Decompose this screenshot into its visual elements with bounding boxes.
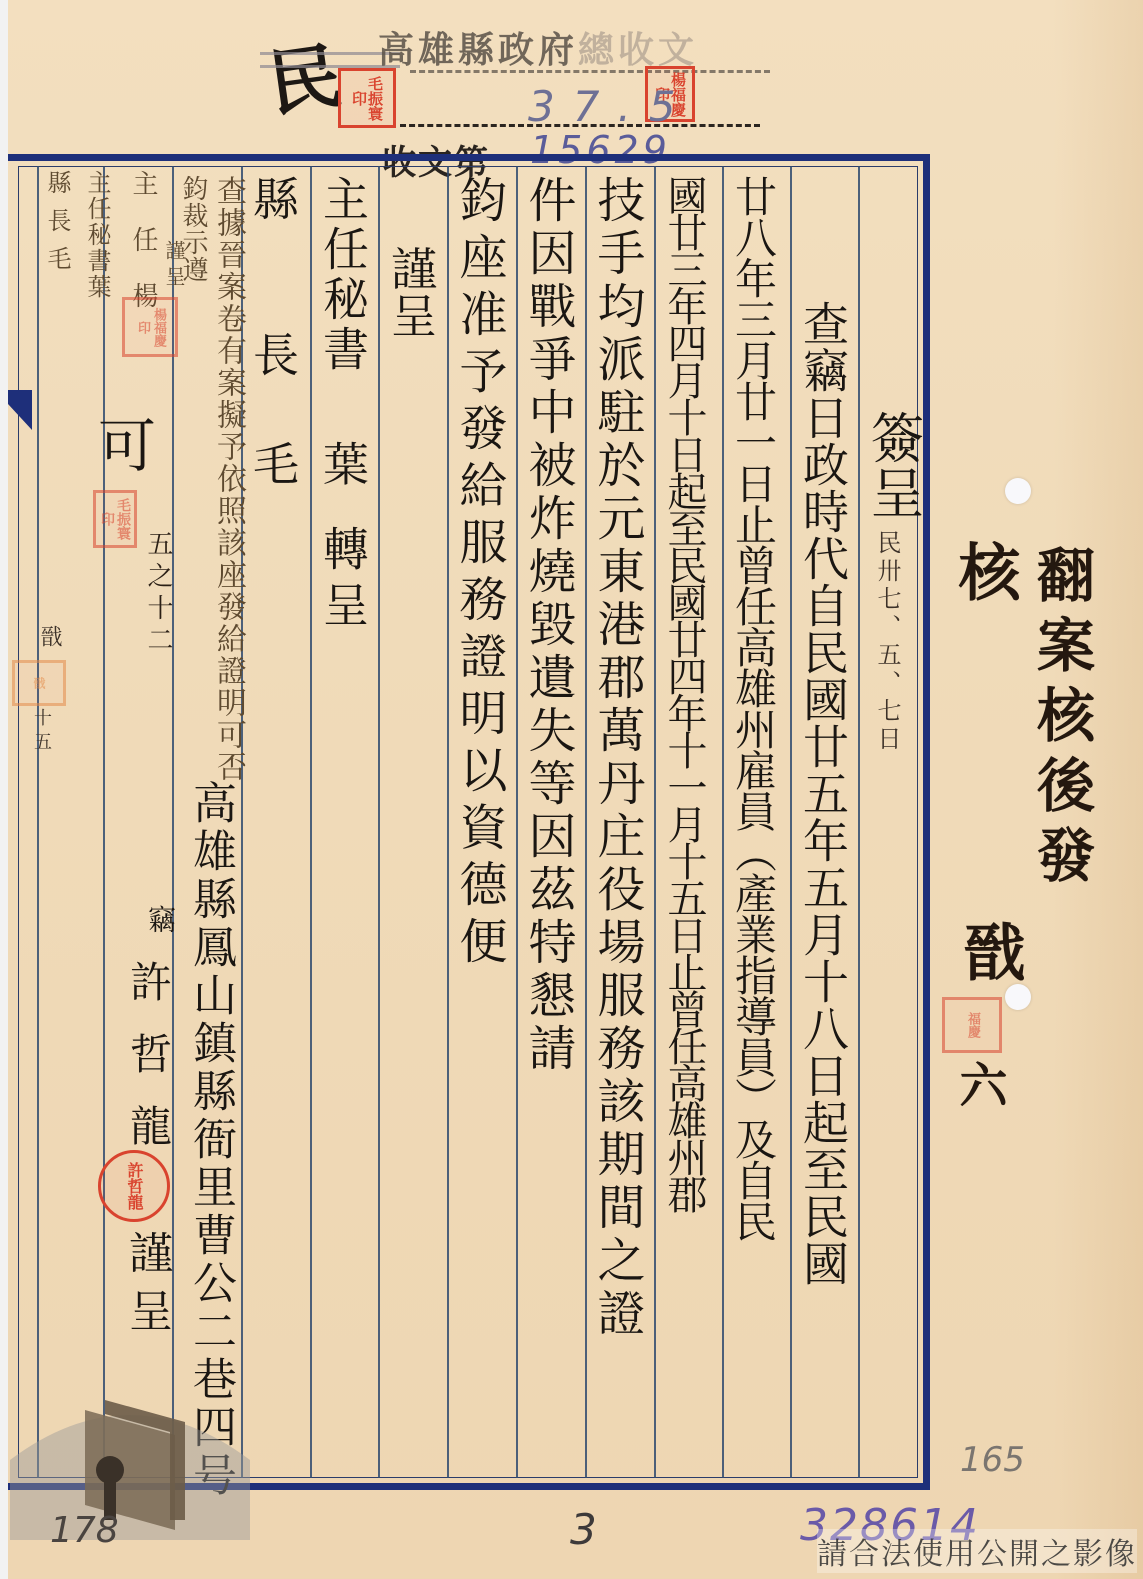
column-rule xyxy=(310,166,312,1478)
header-divider xyxy=(410,70,770,73)
doc-type-title: 簽呈 xyxy=(865,410,921,520)
column-rule xyxy=(858,166,860,1478)
column-rule xyxy=(447,166,449,1478)
annotation-number: 165 xyxy=(960,1440,1025,1480)
addressee-title: 主任秘書 xyxy=(315,175,371,375)
received-date: 37.5 xyxy=(528,82,694,131)
page-number-left: 178 xyxy=(50,1510,119,1551)
column-rule xyxy=(378,166,380,1478)
column-rule xyxy=(516,166,518,1478)
margin-annotation: 翻案核後發 xyxy=(1030,545,1092,895)
column-rule xyxy=(790,166,792,1478)
clerk-seal: 戩 xyxy=(12,660,66,706)
body-column: 國廿三年四月十日起至民國廿四年十一月十五日止曾任高雄州郡 xyxy=(659,175,709,1211)
margin-annotation: 核 xyxy=(940,540,1029,602)
sender-prefix: 竊 xyxy=(140,905,180,939)
routing-note: 縣長毛 xyxy=(40,170,75,284)
column-rule xyxy=(654,166,656,1478)
review-note: 查據晉案卷有案擬予依照該座發給證明可否 xyxy=(206,175,250,783)
reviewer-suffix: 謹呈 xyxy=(160,240,189,292)
punch-hole xyxy=(1005,984,1031,1010)
punch-hole xyxy=(1005,478,1031,504)
body-column: 查竊日政時代自民國廿五年五月十八日起至民國 xyxy=(795,300,851,1287)
printed-title-main: 高雄縣政府 xyxy=(378,30,578,71)
column-rule xyxy=(585,166,587,1478)
routing-note: 主任秘書葉 xyxy=(80,170,115,300)
body-column: 鈞座准予發給服務證明以資德便 xyxy=(452,175,506,973)
margin-seal: 福慶 xyxy=(942,997,1002,1053)
clerk-date: 十五 xyxy=(28,708,54,756)
addressee-name: 毛 xyxy=(245,440,301,487)
clerk-mark: 戩 xyxy=(34,625,65,653)
approval-seal: 毛振寰印 xyxy=(93,490,137,548)
handwritten-mark: 民 xyxy=(261,17,347,130)
sender-name: 許哲龍 xyxy=(120,960,176,1176)
approval-date: 五之十二 xyxy=(140,530,177,658)
page-number-center: 3 xyxy=(570,1505,597,1554)
approval-mark: 可 xyxy=(80,415,164,473)
margin-signature: 戩 xyxy=(945,920,1034,982)
archive-logo-icon xyxy=(10,1380,250,1540)
body-column: 件因戰爭中被炸燒毀遺失等因茲特懇請 xyxy=(521,175,575,1076)
column-rule xyxy=(103,166,105,1478)
body-column: 廿八年三月廿一日止曾任高雄州雇員（產業指導員）及自民 xyxy=(727,175,779,1241)
usage-watermark: 請合法使用公開之影像 xyxy=(817,1529,1137,1573)
column-rule xyxy=(722,166,724,1478)
addressee-action: 轉呈 xyxy=(315,525,371,637)
body-column: 技手均派駐於元東港郡萬丹庄役場服務該期間之證 xyxy=(590,175,644,1341)
addressee-name: 葉 xyxy=(315,440,371,487)
reviewer-seal: 楊福慶印 xyxy=(122,297,178,357)
closing-phrase: 謹呈 xyxy=(383,245,439,339)
printed-title-faded: 總收文 xyxy=(578,30,698,71)
sender-suffix: 謹呈 xyxy=(118,1230,174,1346)
doc-date: 民卅七、五、七日 xyxy=(870,530,905,754)
column-rule xyxy=(37,166,39,1478)
sender-seal: 許哲龍 xyxy=(98,1150,170,1222)
margin-date: 六 xyxy=(945,1060,1014,1108)
seal-stamp: 毛振寰印 xyxy=(338,68,396,128)
